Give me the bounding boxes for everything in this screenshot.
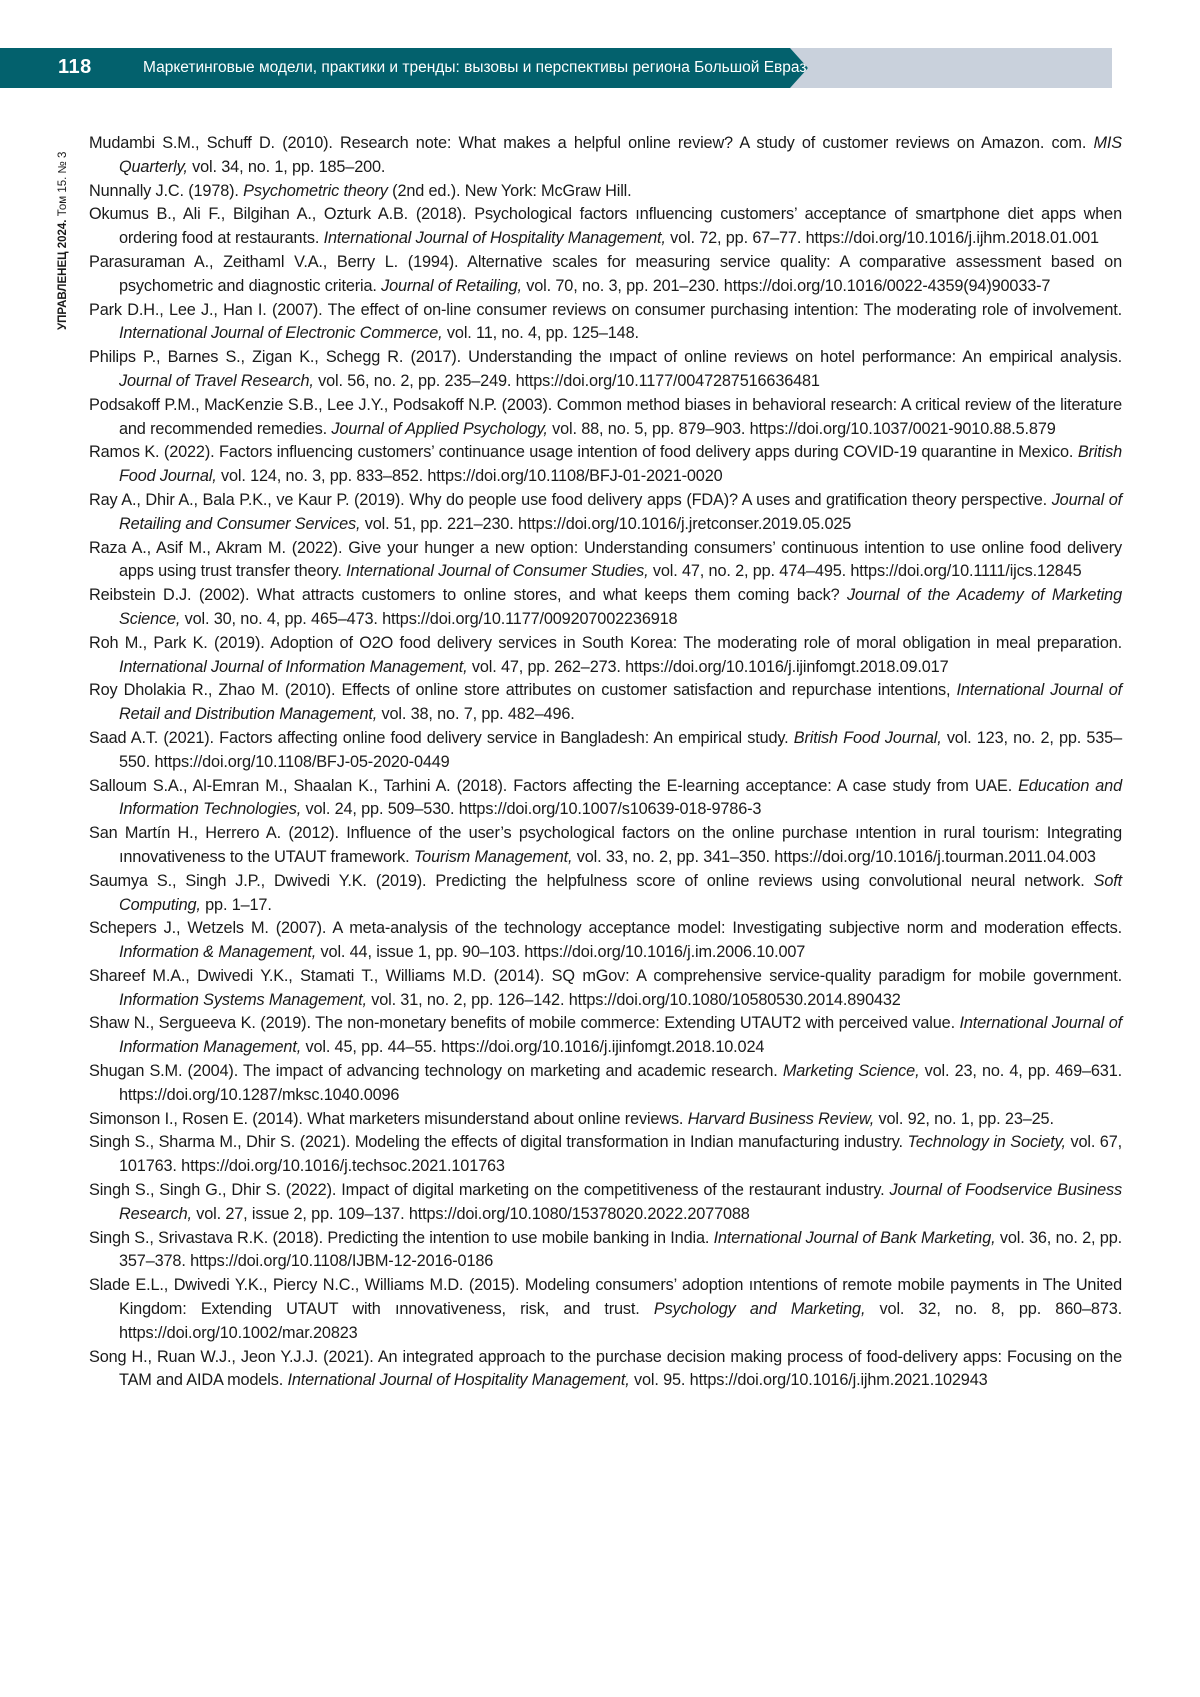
reference-entry: Singh S., Sharma M., Dhir S. (2021). Mod… bbox=[89, 1131, 1122, 1179]
reference-entry: Mudambi S.M., Schuff D. (2010). Research… bbox=[89, 132, 1122, 180]
reference-entry: Singh S., Singh G., Dhir S. (2022). Impa… bbox=[89, 1179, 1122, 1227]
reference-entry: Salloum S.A., Al-Emran M., Shaalan K., T… bbox=[89, 775, 1122, 823]
reference-journal: International Journal of Bank Marketing, bbox=[714, 1229, 996, 1247]
reference-journal: Psychometric theory bbox=[243, 182, 388, 200]
reference-text: Reibstein D.J. (2002). What attracts cus… bbox=[89, 586, 847, 604]
reference-text: Park D.H., Lee J., Han I. (2007). The ef… bbox=[89, 301, 1122, 319]
reference-text: Simonson I., Rosen E. (2014). What marke… bbox=[89, 1110, 688, 1128]
header-arrow-band: 118 Маркетинговые модели, практики и тре… bbox=[0, 48, 808, 88]
reference-entry: Roh M., Park K. (2019). Adoption of O2O … bbox=[89, 632, 1122, 680]
reference-journal: Journal of Retailing, bbox=[381, 277, 522, 295]
reference-journal: International Journal of Hospitality Man… bbox=[324, 229, 666, 247]
reference-journal: International Journal of Consumer Studie… bbox=[346, 562, 648, 580]
reference-details: vol. 70, no. 3, pp. 201–230. https://doi… bbox=[522, 277, 1050, 295]
page-number: 118 bbox=[58, 56, 92, 79]
reference-entry: Philips P., Barnes S., Zigan K., Schegg … bbox=[89, 346, 1122, 394]
reference-journal: International Journal of Information Man… bbox=[119, 658, 467, 676]
reference-details: vol. 27, issue 2, pp. 109–137. https://d… bbox=[192, 1205, 750, 1223]
reference-details: vol. 51, pp. 221–230. https://doi.org/10… bbox=[360, 515, 851, 533]
reference-entry: Saad A.T. (2021). Factors affecting onli… bbox=[89, 727, 1122, 775]
reference-details: vol. 34, no. 1, pp. 185–200. bbox=[188, 158, 386, 176]
reference-text: Ray A., Dhir A., Bala P.K., ve Kaur P. (… bbox=[89, 491, 1052, 509]
reference-details: vol. 88, no. 5, pp. 879–903. https://doi… bbox=[548, 420, 1056, 438]
journal-issue: Том 15. № 3 bbox=[57, 152, 69, 220]
reference-text: Singh S., Sharma M., Dhir S. (2021). Mod… bbox=[89, 1133, 908, 1151]
reference-entry: Reibstein D.J. (2002). What attracts cus… bbox=[89, 584, 1122, 632]
reference-journal: Information Systems Management, bbox=[119, 991, 367, 1009]
reference-text: Shareef M.A., Dwivedi Y.K., Stamati T., … bbox=[89, 967, 1122, 985]
reference-details: vol. 44, issue 1, pp. 90–103. https://do… bbox=[316, 943, 805, 961]
reference-entry: Singh S., Srivastava R.K. (2018). Predic… bbox=[89, 1227, 1122, 1275]
reference-text: Singh S., Srivastava R.K. (2018). Predic… bbox=[89, 1229, 714, 1247]
reference-entry: Podsakoff P.M., MacKenzie S.B., Lee J.Y.… bbox=[89, 394, 1122, 442]
reference-text: Nunnally J.C. (1978). bbox=[89, 182, 243, 200]
reference-text: Saad A.T. (2021). Factors affecting onli… bbox=[89, 729, 794, 747]
reference-journal: Journal of Applied Psychology, bbox=[331, 420, 547, 438]
reference-details: vol. 47, pp. 262–273. https://doi.org/10… bbox=[467, 658, 948, 676]
reference-details: vol. 31, no. 2, pp. 126–142. https://doi… bbox=[367, 991, 901, 1009]
reference-entry: Saumya S., Singh J.P., Dwivedi Y.K. (201… bbox=[89, 870, 1122, 918]
reference-details: vol. 95. https://doi.org/10.1016/j.ijhm.… bbox=[630, 1371, 988, 1389]
reference-text: Salloum S.A., Al-Emran M., Shaalan K., T… bbox=[89, 777, 1018, 795]
reference-journal: Technology in Society, bbox=[908, 1133, 1066, 1151]
reference-details: vol. 38, no. 7, pp. 482–496. bbox=[377, 705, 575, 723]
reference-journal: Psychology and Marketing, bbox=[654, 1300, 865, 1318]
reference-entry: Park D.H., Lee J., Han I. (2007). The ef… bbox=[89, 299, 1122, 347]
reference-text: Roh M., Park K. (2019). Adoption of O2O … bbox=[89, 634, 1122, 652]
journal-name: УПРАВЛЕНЕЦ 2024. bbox=[57, 220, 69, 331]
reference-details: pp. 1–17. bbox=[201, 896, 272, 914]
reference-journal: Marketing Science, bbox=[783, 1062, 920, 1080]
reference-text: Roy Dholakia R., Zhao M. (2010). Effects… bbox=[89, 681, 956, 699]
reference-details: vol. 47, no. 2, pp. 474–495. https://doi… bbox=[649, 562, 1082, 580]
reference-details: vol. 11, no. 4, pp. 125–148. bbox=[443, 324, 639, 342]
reference-entry: Shugan S.M. (2004). The impact of advanc… bbox=[89, 1060, 1122, 1108]
reference-text: Singh S., Singh G., Dhir S. (2022). Impa… bbox=[89, 1181, 890, 1199]
reference-journal: Journal of Travel Research, bbox=[119, 372, 314, 390]
running-header: 118 Маркетинговые модели, практики и тре… bbox=[0, 48, 1112, 88]
reference-details: vol. 33, no. 2, pp. 341–350. https://doi… bbox=[572, 848, 1095, 866]
reference-text: Ramos K. (2022). Factors influencing cus… bbox=[89, 443, 1078, 461]
reference-text: Philips P., Barnes S., Zigan K., Schegg … bbox=[89, 348, 1122, 366]
reference-details: vol. 24, pp. 509–530. https://doi.org/10… bbox=[301, 800, 761, 818]
reference-entry: Schepers J., Wetzels M. (2007). A meta-a… bbox=[89, 917, 1122, 965]
running-title: Маркетинговые модели, практики и тренды:… bbox=[143, 59, 824, 77]
reference-entry: Song H., Ruan W.J., Jeon Y.J.J. (2021). … bbox=[89, 1346, 1122, 1394]
reference-entry: Nunnally J.C. (1978). Psychometric theor… bbox=[89, 180, 1122, 204]
reference-text: Saumya S., Singh J.P., Dwivedi Y.K. (201… bbox=[89, 872, 1094, 890]
reference-details: vol. 72, pp. 67–77. https://doi.org/10.1… bbox=[666, 229, 1099, 247]
reference-entry: Parasuraman A., Zeithaml V.A., Berry L. … bbox=[89, 251, 1122, 299]
reference-details: vol. 92, no. 1, pp. 23–25. bbox=[874, 1110, 1054, 1128]
reference-entry: Shaw N., Sergueeva K. (2019). The non-mo… bbox=[89, 1012, 1122, 1060]
reference-details: vol. 30, no. 4, pp. 465–473. https://doi… bbox=[180, 610, 677, 628]
reference-journal: Information & Management, bbox=[119, 943, 316, 961]
journal-sidebar: УПРАВЛЕНЕЦ 2024. Том 15. № 3 bbox=[57, 152, 69, 330]
reference-journal: British Food Journal, bbox=[794, 729, 942, 747]
reference-list: Mudambi S.M., Schuff D. (2010). Research… bbox=[89, 132, 1122, 1393]
reference-text: Shugan S.M. (2004). The impact of advanc… bbox=[89, 1062, 783, 1080]
reference-text: Shaw N., Sergueeva K. (2019). The non-mo… bbox=[89, 1014, 960, 1032]
reference-journal: Harvard Business Review, bbox=[688, 1110, 874, 1128]
reference-entry: Okumus B., Ali F., Bilgihan A., Ozturk A… bbox=[89, 203, 1122, 251]
reference-journal: International Journal of Hospitality Man… bbox=[287, 1371, 629, 1389]
reference-details: vol. 45, pp. 44–55. https://doi.org/10.1… bbox=[301, 1038, 764, 1056]
reference-text: Schepers J., Wetzels M. (2007). A meta-a… bbox=[89, 919, 1122, 937]
reference-journal: Tourism Management, bbox=[414, 848, 573, 866]
reference-details: vol. 56, no. 2, pp. 235–249. https://doi… bbox=[314, 372, 820, 390]
reference-entry: Roy Dholakia R., Zhao M. (2010). Effects… bbox=[89, 679, 1122, 727]
reference-entry: Ray A., Dhir A., Bala P.K., ve Kaur P. (… bbox=[89, 489, 1122, 537]
reference-entry: Simonson I., Rosen E. (2014). What marke… bbox=[89, 1108, 1122, 1132]
reference-details: (2nd ed.). New York: McGraw Hill. bbox=[388, 182, 632, 200]
reference-entry: Ramos K. (2022). Factors influencing cus… bbox=[89, 441, 1122, 489]
reference-entry: Slade E.L., Dwivedi Y.K., Piercy N.C., W… bbox=[89, 1274, 1122, 1345]
reference-entry: Shareef M.A., Dwivedi Y.K., Stamati T., … bbox=[89, 965, 1122, 1013]
reference-entry: Raza A., Asif M., Akram M. (2022). Give … bbox=[89, 537, 1122, 585]
reference-details: vol. 124, no. 3, pp. 833–852. https://do… bbox=[217, 467, 723, 485]
reference-journal: International Journal of Electronic Comm… bbox=[119, 324, 443, 342]
reference-text: Mudambi S.M., Schuff D. (2010). Research… bbox=[89, 134, 1094, 152]
reference-entry: San Martín H., Herrero A. (2012). Influe… bbox=[89, 822, 1122, 870]
